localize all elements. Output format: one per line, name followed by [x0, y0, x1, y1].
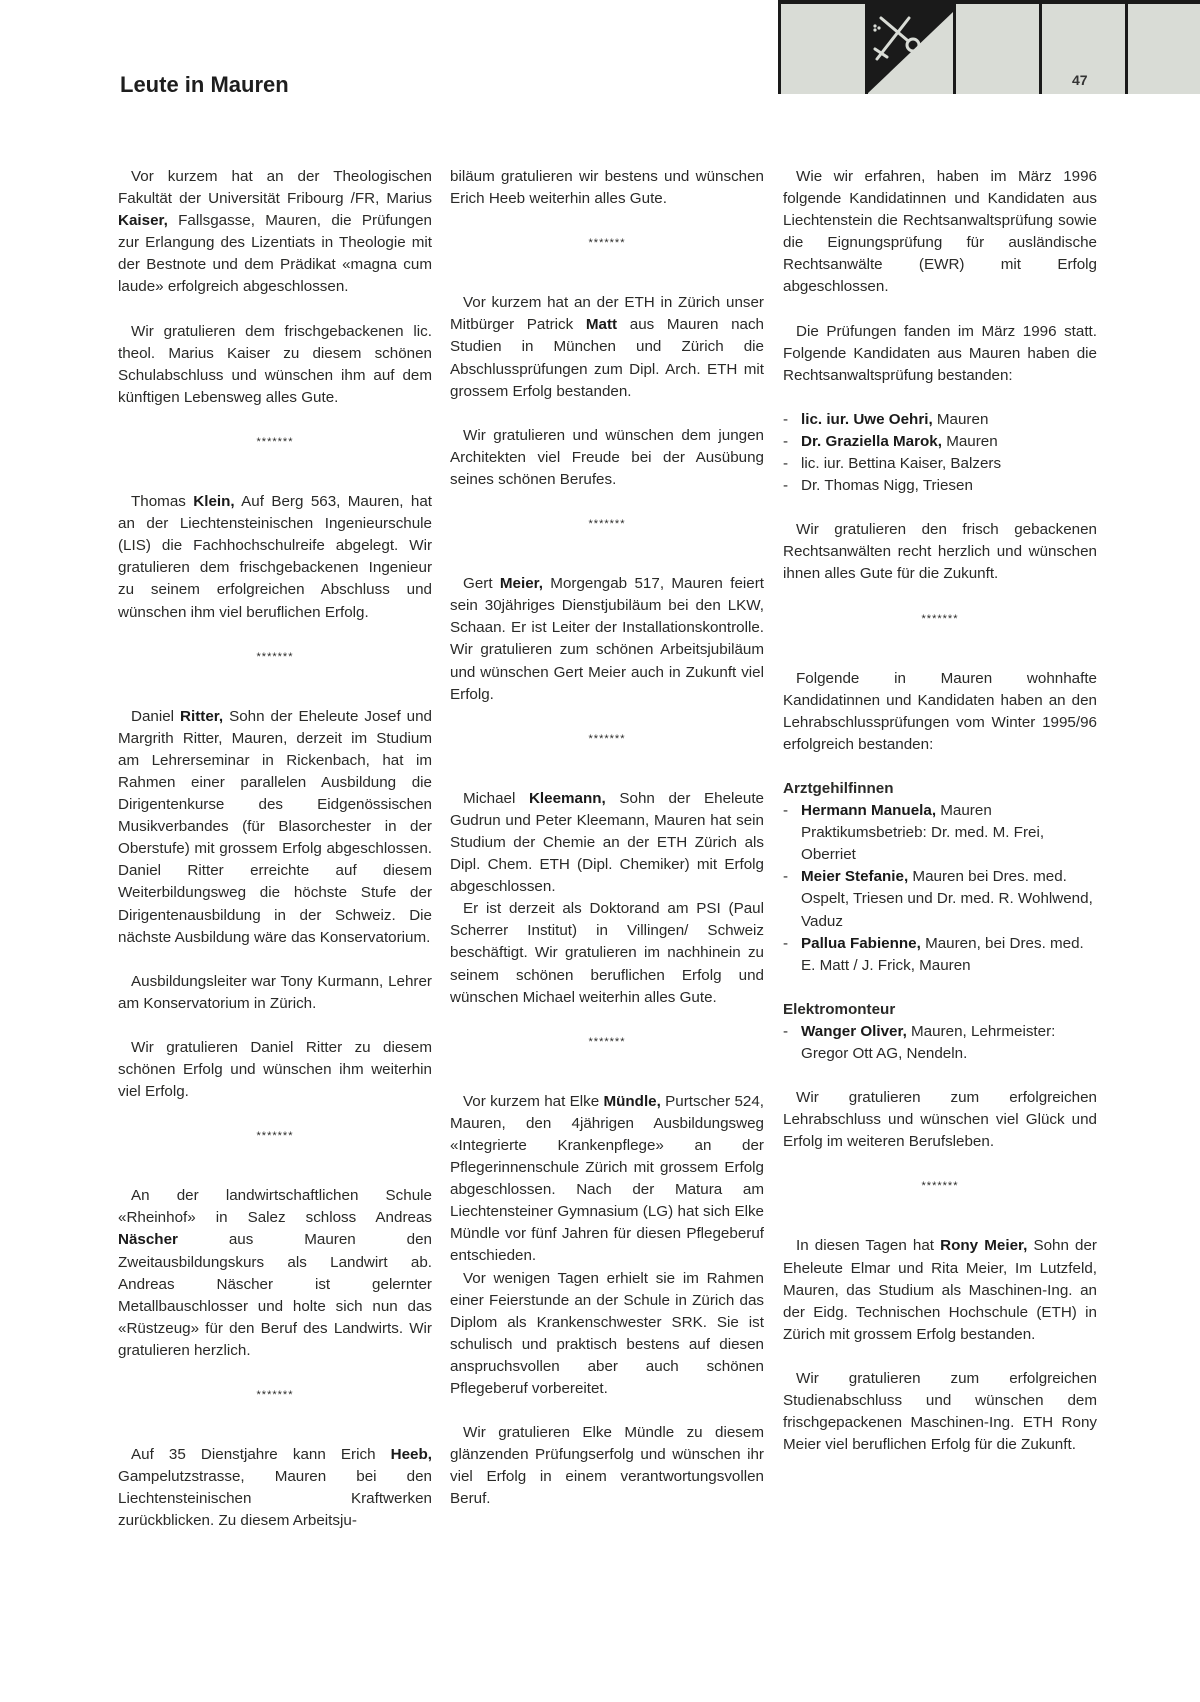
article-muendle: Vor kurzem hat Elke Mündle, Purtscher 52… [450, 1091, 764, 1268]
paragraph: Vor wenigen Tagen erhielt sie im Rahmen … [450, 1268, 764, 1401]
paragraph: Wir gratulieren den frisch gebackenen Re… [783, 519, 1097, 585]
list-item: lic. iur. Uwe Oehri, Mauren [783, 409, 1097, 431]
person-name: Rony Meier, [940, 1237, 1027, 1254]
list-item: Dr. Graziella Marok, Mauren [783, 431, 1097, 453]
section-separator: ******* [118, 1384, 432, 1406]
person-name: Klein, [193, 493, 234, 510]
list-item: Meier Stefanie, Mauren bei Dres. med. Os… [783, 866, 1097, 932]
article-matt: Vor kurzem hat an der ETH in Zürich unse… [450, 292, 764, 402]
section-heading-elektromonteur: Elektromonteur [783, 999, 1097, 1021]
section-separator: ******* [450, 1031, 764, 1053]
column-left: Vor kurzem hat an der Theologischen Faku… [118, 166, 432, 1533]
section-separator: ******* [450, 513, 764, 535]
article-ritter: Daniel Ritter, Sohn der Eheleute Josef u… [118, 706, 432, 949]
person-name: Kaiser, [118, 212, 168, 229]
column-middle: biläum gratulieren wir bestens und wünsc… [450, 166, 764, 1533]
tile-divider [778, 0, 781, 94]
section-separator: ******* [783, 1175, 1097, 1197]
article-naescher: An der landwirtschaftlichen Schule «Rhei… [118, 1185, 432, 1362]
paragraph: Wir gratulieren und wünschen dem jungen … [450, 425, 764, 491]
tile-divider [1125, 0, 1128, 94]
person-name: Näscher [118, 1231, 178, 1248]
header-tile-bar [778, 0, 1200, 94]
article-heeb: Auf 35 Dienstjahre kann Erich Heeb, Gamp… [118, 1444, 432, 1532]
article-klein: Thomas Klein, Auf Berg 563, Mauren, hat … [118, 491, 432, 624]
paragraph: Wir gratulieren zum erfolgreichen Studie… [783, 1368, 1097, 1456]
person-name: Meier, [500, 575, 543, 592]
article-kleemann: Michael Kleemann, Sohn der Eheleute Gudr… [450, 788, 764, 898]
paragraph: Folgende in Mauren wohnhafte Kandidatinn… [783, 668, 1097, 756]
list-item: lic. iur. Bettina Kaiser, Balzers [783, 453, 1097, 475]
list-item: Pallua Fabienne, Mauren, bei Dres. med. … [783, 933, 1097, 977]
section-separator: ******* [450, 728, 764, 750]
section-separator: ******* [118, 646, 432, 668]
lawyer-list: lic. iur. Uwe Oehri, Mauren Dr. Graziell… [783, 409, 1097, 497]
tile-divider [1039, 0, 1042, 94]
list-item: Dr. Thomas Nigg, Triesen [783, 475, 1097, 497]
paragraph: Die Prüfungen fanden im März 1996 statt.… [783, 321, 1097, 387]
paragraph-continued: biläum gratulieren wir bestens und wünsc… [450, 166, 764, 210]
person-name: Heeb, [391, 1446, 432, 1463]
person-name: Mündle, [603, 1093, 660, 1110]
article-meier-gert: Gert Meier, Morgengab 517, Mauren feiert… [450, 573, 764, 706]
paragraph: Wir gratulieren Daniel Ritter zu diesem … [118, 1037, 432, 1103]
tile-divider [953, 0, 956, 94]
page-number: 47 [1072, 72, 1088, 88]
section-heading-arztgehilfinnen: Arztgehilfinnen [783, 778, 1097, 800]
paragraph: Wir gratulieren zum erfolgreichen Lehrab… [783, 1087, 1097, 1153]
column-right: Wie wir erfahren, haben im März 1996 fol… [783, 166, 1097, 1478]
article-kaiser: Vor kurzem hat an der Theologischen Faku… [118, 166, 432, 299]
elektromonteur-list: Wanger Oliver, Mauren, Lehrmeister: Greg… [783, 1021, 1097, 1065]
person-name: Ritter, [180, 708, 223, 725]
section-separator: ******* [118, 1125, 432, 1147]
list-item: Hermann Manuela, Mauren Praktikumsbetrie… [783, 800, 1097, 866]
section-separator: ******* [118, 431, 432, 453]
page-title: Leute in Mauren [120, 72, 289, 98]
paragraph: Er ist derzeit als Doktorand am PSI (Pau… [450, 898, 764, 1008]
section-separator: ******* [450, 232, 764, 254]
arztgehilfinnen-list: Hermann Manuela, Mauren Praktikumsbetrie… [783, 800, 1097, 977]
person-name: Kleemann, [529, 790, 606, 807]
paragraph: Wir gratulieren dem frischgebackenen lic… [118, 321, 432, 409]
list-item: Wanger Oliver, Mauren, Lehrmeister: Greg… [783, 1021, 1097, 1065]
person-name: Matt [586, 316, 617, 333]
paragraph: Ausbildungsleiter war Tony Kurmann, Lehr… [118, 971, 432, 1015]
paragraph: Wir gratulieren Elke Mündle zu diesem gl… [450, 1422, 764, 1510]
paragraph: Wie wir erfahren, haben im März 1996 fol… [783, 166, 1097, 299]
article-rony-meier: In diesen Tagen hat Rony Meier, Sohn der… [783, 1235, 1097, 1345]
section-separator: ******* [783, 608, 1097, 630]
crossed-sword-and-key-emblem-icon [867, 4, 953, 94]
